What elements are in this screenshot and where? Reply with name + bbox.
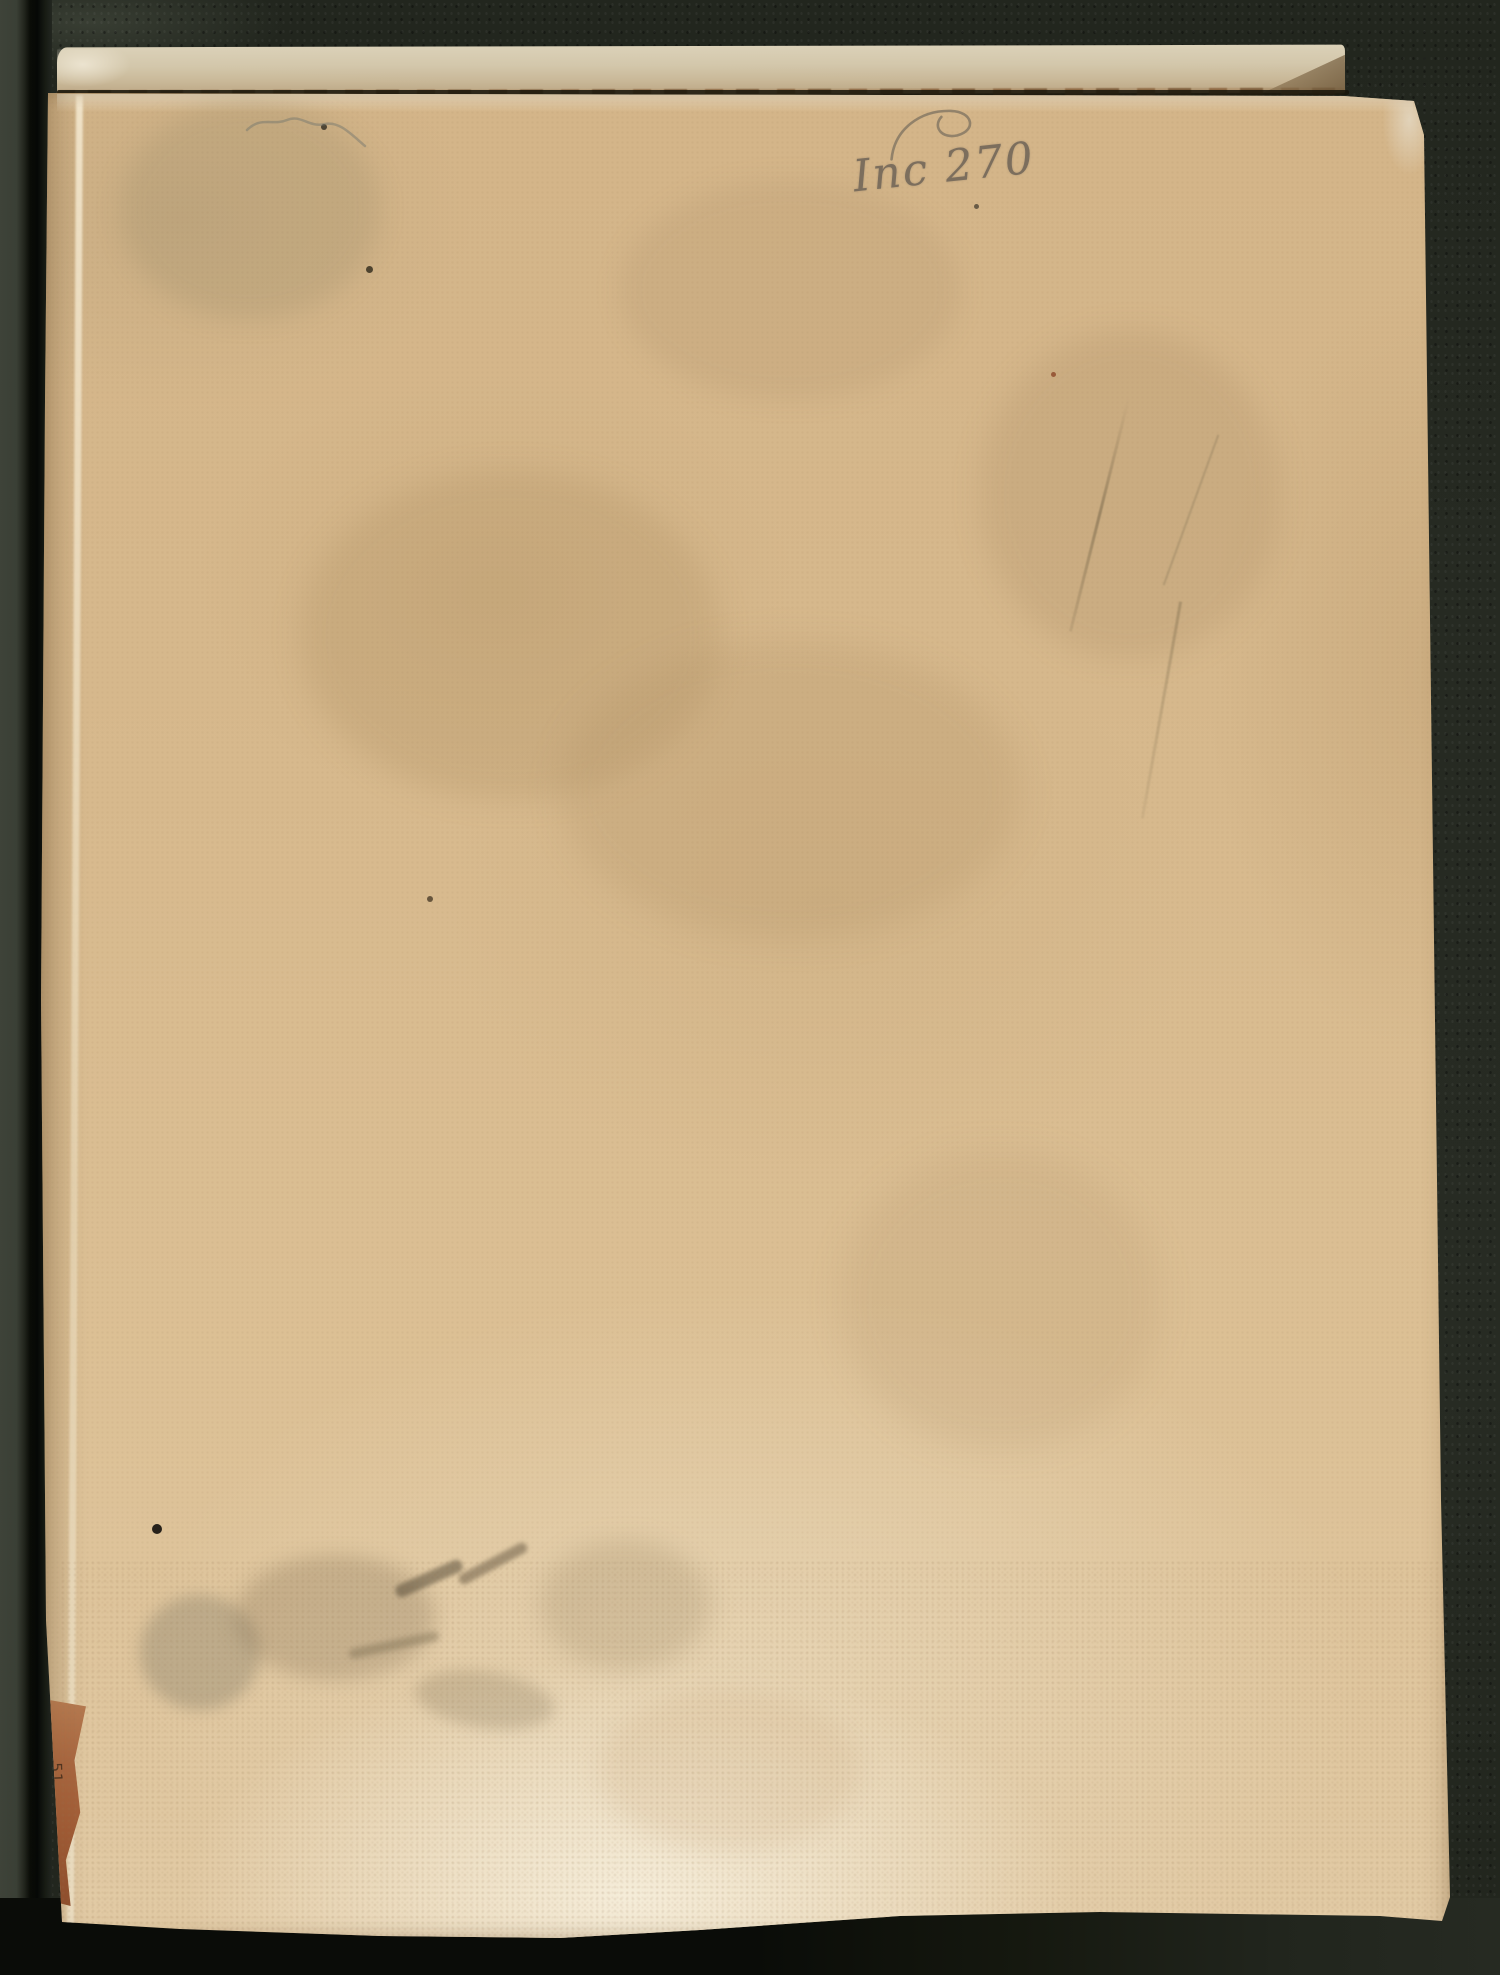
book-back-cover-edge-flap [57, 45, 1345, 96]
vellum-front-cover: Inc 270 51 [0, 0, 1500, 1975]
digitized-book-photo: Inc 270 51 [0, 0, 1500, 1975]
cover-edge-shading [40, 92, 1452, 1939]
